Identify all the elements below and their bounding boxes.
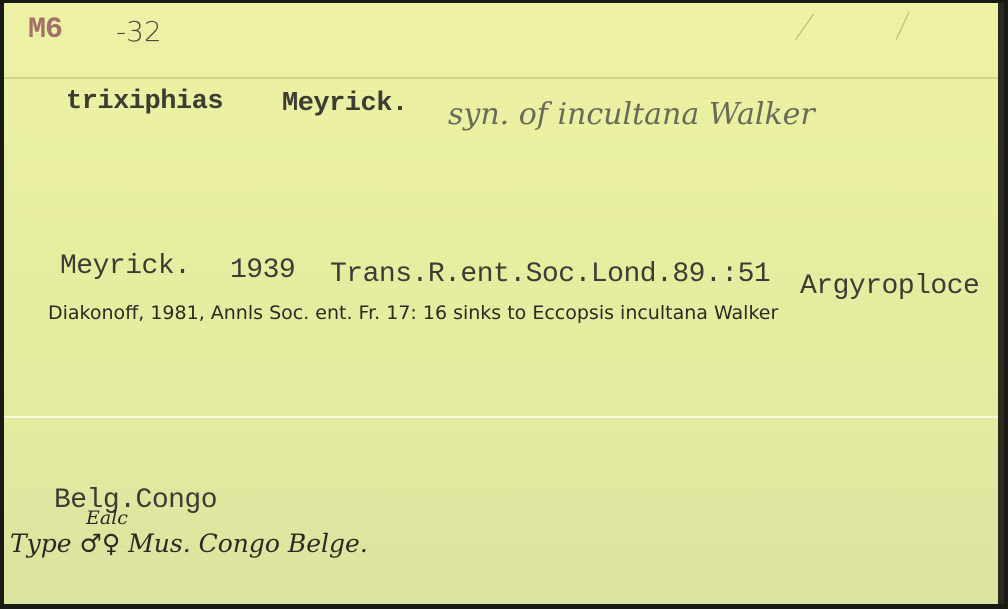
citation-genus: Argyroploce [800, 271, 979, 302]
catalog-number: -32 [116, 15, 162, 48]
index-card: M6 -32 trixiphias Meyrick. syn. of incul… [4, 3, 1004, 604]
citation-reference: Trans.R.ent.Soc.Lond.89.:51 [330, 259, 770, 290]
citation-year: 1939 [230, 255, 295, 286]
locality-annotation: Ealc [86, 507, 128, 529]
species-name: trixiphias [66, 87, 223, 117]
species-author: Meyrick. [282, 89, 408, 119]
pencil-mark [795, 14, 814, 41]
citation-author: Meyrick. [60, 251, 190, 282]
locality: Belg.Congo [54, 485, 217, 516]
pencil-mark [896, 12, 910, 40]
catalog-stamp: M6 [28, 13, 62, 47]
card-fold-line [4, 416, 998, 418]
ruled-line [4, 77, 998, 79]
synonym-note: syn. of incultana Walker [448, 97, 815, 132]
revision-note: Diakonoff, 1981, Annls Soc. ent. Fr. 17:… [48, 302, 778, 324]
type-note: Type ♂♀ Mus. Congo Belge. [10, 529, 368, 558]
